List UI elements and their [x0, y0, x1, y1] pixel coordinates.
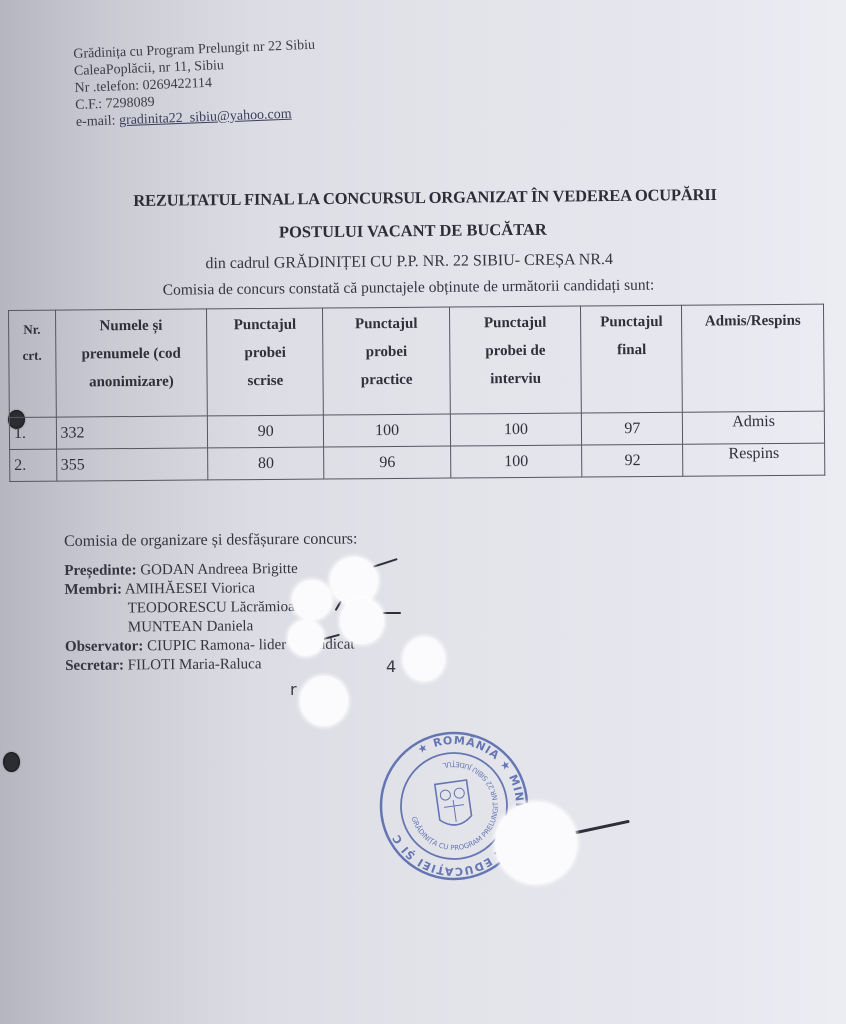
cell-interview: 100 — [450, 413, 582, 446]
header-nr: Nr. crt. — [9, 310, 56, 417]
header-name: Numele și prenumele (cod anonimizare) — [55, 309, 208, 417]
cell-status: Admis — [683, 411, 825, 444]
cell-written: 80 — [208, 447, 325, 480]
signature-stroke — [383, 612, 401, 614]
header-interview-line2: probei de — [450, 337, 581, 366]
header-name-line1: Numele și — [56, 311, 207, 340]
results-table: Nr. crt. Numele și prenumele (cod anonim… — [8, 304, 825, 482]
redacted-signature — [292, 580, 332, 620]
signature-stroke — [570, 820, 629, 835]
member-name: TEODORESCU Lăcrămioara — [128, 599, 307, 617]
email-label: e-mail: — [76, 113, 120, 130]
header-written-line3: scrise — [208, 367, 323, 396]
cell-written: 90 — [208, 415, 325, 448]
document-subtitle: din cadrul GRĂDINIȚEI CU P.P. NR. 22 SIB… — [0, 249, 846, 276]
secretary-role: Secretar: — [65, 657, 124, 674]
commission-title: Comisia de organizare și desfășurare con… — [64, 530, 358, 551]
cell-practical: 100 — [324, 414, 451, 447]
secretary-name: FILOTI Maria-Raluca — [124, 656, 262, 673]
members-role: Membri: — [64, 581, 122, 598]
header-final-line1: Punctajul — [581, 308, 681, 337]
redacted-signature — [495, 802, 577, 884]
cell-interview: 100 — [450, 445, 582, 478]
cell-final: 92 — [582, 444, 683, 477]
header-nr-line2: crt. — [9, 343, 55, 369]
cell-nr: 1. — [9, 417, 56, 449]
cell-code: 355 — [56, 448, 208, 481]
header-interview-score: Punctajul probei de interviu — [449, 306, 581, 414]
header-final-score: Punctajul final — [581, 305, 683, 413]
header-practical-line2: probei — [324, 338, 450, 367]
cell-practical: 96 — [324, 446, 451, 479]
document-title-line2: POSTULUI VACANT DE BUCĂTAR — [0, 217, 846, 246]
header-status-line1: Admis/Respins — [682, 307, 823, 336]
president-name: GODAN Andreea Brigitte — [136, 561, 297, 578]
signature-mark: r — [290, 680, 297, 699]
redacted-signature — [403, 637, 445, 681]
header-written-score: Punctajul probei scrise — [207, 308, 324, 416]
header-written-line2: probei — [207, 339, 322, 368]
letterhead: Grădinița cu Program Prelungit nr 22 Sib… — [73, 37, 318, 131]
header-practical-line3: practice — [324, 366, 450, 395]
president-role: Președinte: — [64, 562, 136, 579]
header-final-line2: final — [582, 336, 682, 365]
redacted-signature — [330, 557, 378, 605]
header-practical-score: Punctajul probei practice — [323, 307, 450, 415]
header-written-line1: Punctajul — [207, 311, 322, 340]
cell-code: 332 — [56, 416, 208, 449]
header-nr-line1: Nr. — [9, 317, 55, 343]
cell-nr: 2. — [10, 449, 57, 481]
punch-hole-bottom — [3, 752, 20, 772]
redacted-signature — [288, 620, 324, 656]
header-name-line2: prenumele (cod — [56, 339, 207, 368]
commission-president: Președinte: GODAN Andreea Brigitte — [64, 559, 358, 581]
cell-status: Respins — [683, 443, 825, 476]
document-title: REZULTATUL FINAL LA CONCURSUL ORGANIZAT … — [4, 184, 845, 213]
header-name-line3: anonimizare) — [56, 367, 207, 396]
signature-mark: 4 — [386, 657, 396, 676]
signature-stroke — [372, 558, 397, 568]
header-practical-line1: Punctajul — [323, 310, 449, 339]
table-row: 2. 355 80 96 100 92 Respins — [10, 443, 825, 481]
member-name: AMIHĂESEI Viorica — [122, 580, 255, 597]
results-table-container: Nr. crt. Numele și prenumele (cod anonim… — [8, 304, 825, 482]
redacted-signature — [300, 676, 348, 726]
header-interview-line1: Punctajul — [450, 309, 581, 338]
document-title-block: REZULTATUL FINAL LA CONCURSUL ORGANIZAT … — [0, 184, 846, 302]
header-interview-line3: interviu — [450, 365, 581, 394]
commission-secretary: Secretar: FILOTI Maria-Raluca — [65, 654, 359, 676]
observer-role: Observator: — [65, 638, 143, 655]
header-status: Admis/Respins — [682, 304, 824, 412]
intro-text: Comisia de concurs constată că punctajel… — [0, 275, 846, 302]
member-name: MUNTEAN Daniela — [128, 618, 254, 635]
table-header-row: Nr. crt. Numele și prenumele (cod anonim… — [9, 304, 825, 417]
cell-final: 97 — [582, 412, 683, 445]
redacted-signature — [340, 598, 384, 644]
scanned-document-page: Grădinița cu Program Prelungit nr 22 Sib… — [0, 0, 846, 1024]
